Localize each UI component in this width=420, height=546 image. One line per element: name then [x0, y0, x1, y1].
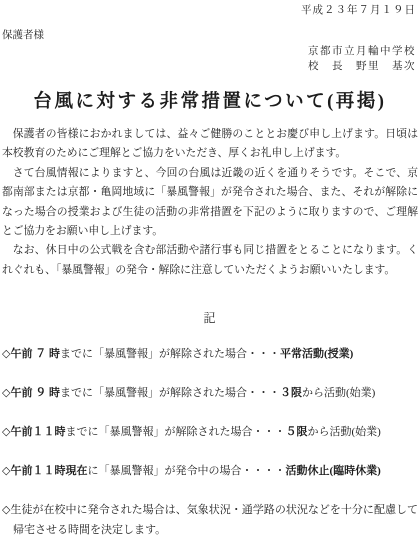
measures-list: ◇午前 ７ 時までに「暴風警報」が解除された場合・・・平常活動(授業) ◇午前 … — [2, 344, 418, 540]
measure-item: ◇生徒が在校中に発令された場合は、気象状況・通学路の状況などを十分に配慮して帰宅… — [2, 500, 418, 540]
item-segment: から活動(始業) — [307, 426, 380, 438]
notice-title: 台風に対する非常措置について(再掲) — [2, 87, 418, 113]
item-segment: 午前１１時 — [10, 426, 65, 438]
item-segment: 平常活動(授業) — [280, 348, 353, 360]
measure-item: ◇午前 ９ 時までに「暴風警報」が解除された場合・・・３限から活動(始業) — [2, 383, 418, 403]
measure-item: ◇午前１１時までに「暴風警報」が解除された場合・・・５限から活動(始業) — [2, 422, 418, 442]
document-date: 平成２３年７月１９日 — [2, 4, 418, 17]
item-segment: までに「暴風警報」が解除された場合・・・ — [60, 348, 280, 360]
body-paragraph: なお、休日中の公式戦を含む部活動や諸行事も同じ措置をとることになります。くれぐれ… — [2, 241, 418, 280]
item-segment: 午前 ９ 時 — [10, 387, 60, 399]
measure-item: ◇午前 ７ 時までに「暴風警報」が解除された場合・・・平常活動(授業) — [2, 344, 418, 364]
item-segment: までに「暴風警報」が解除された場合・・・ — [60, 387, 280, 399]
body-text: 保護者の皆様におかれましては、益々ご健勝のこととお慶び申し上げます。日頃は本校教… — [2, 125, 418, 280]
item-segment: 午前 ７ 時 — [10, 348, 60, 360]
item-segment: ◇生徒が在校中に発令された場合は、気象状況・通学路の状況などを十分に配慮して帰宅… — [2, 504, 418, 536]
measure-item: ◇午前１１時現在に「暴風警報」が発令中の場合・・・・活動休止(臨時休業) — [2, 461, 418, 481]
principal-name: 校 長 野里 基次 — [2, 59, 416, 74]
addressee: 保護者様 — [2, 29, 418, 42]
notice-page: 平成２３年７月１９日 保護者様 京都市立月輪中学校 校 長 野里 基次 台風に対… — [0, 0, 420, 546]
school-name: 京都市立月輪中学校 — [2, 44, 416, 59]
item-segment: 活動休止(臨時休業) — [285, 465, 380, 477]
sender-block: 京都市立月輪中学校 校 長 野里 基次 — [2, 44, 418, 74]
item-segment: から活動(始業) — [302, 387, 375, 399]
item-segment: ３限 — [280, 387, 302, 399]
item-segment: までに「暴風警報」が解除された場合・・・ — [65, 426, 285, 438]
item-segment: 午前１１時現在 — [10, 465, 87, 477]
body-paragraph: さて台風情報によりますと、今回の台風は近畿の近くを通りそうです。そこで、京都南部… — [2, 164, 418, 242]
body-paragraph: 保護者の皆様におかれましては、益々ご健勝のこととお慶び申し上げます。日頃は本校教… — [2, 125, 418, 164]
record-heading: 記 — [2, 309, 418, 326]
item-segment: ５限 — [285, 426, 307, 438]
item-segment: に「暴風警報」が発令中の場合・・・・ — [87, 465, 285, 477]
